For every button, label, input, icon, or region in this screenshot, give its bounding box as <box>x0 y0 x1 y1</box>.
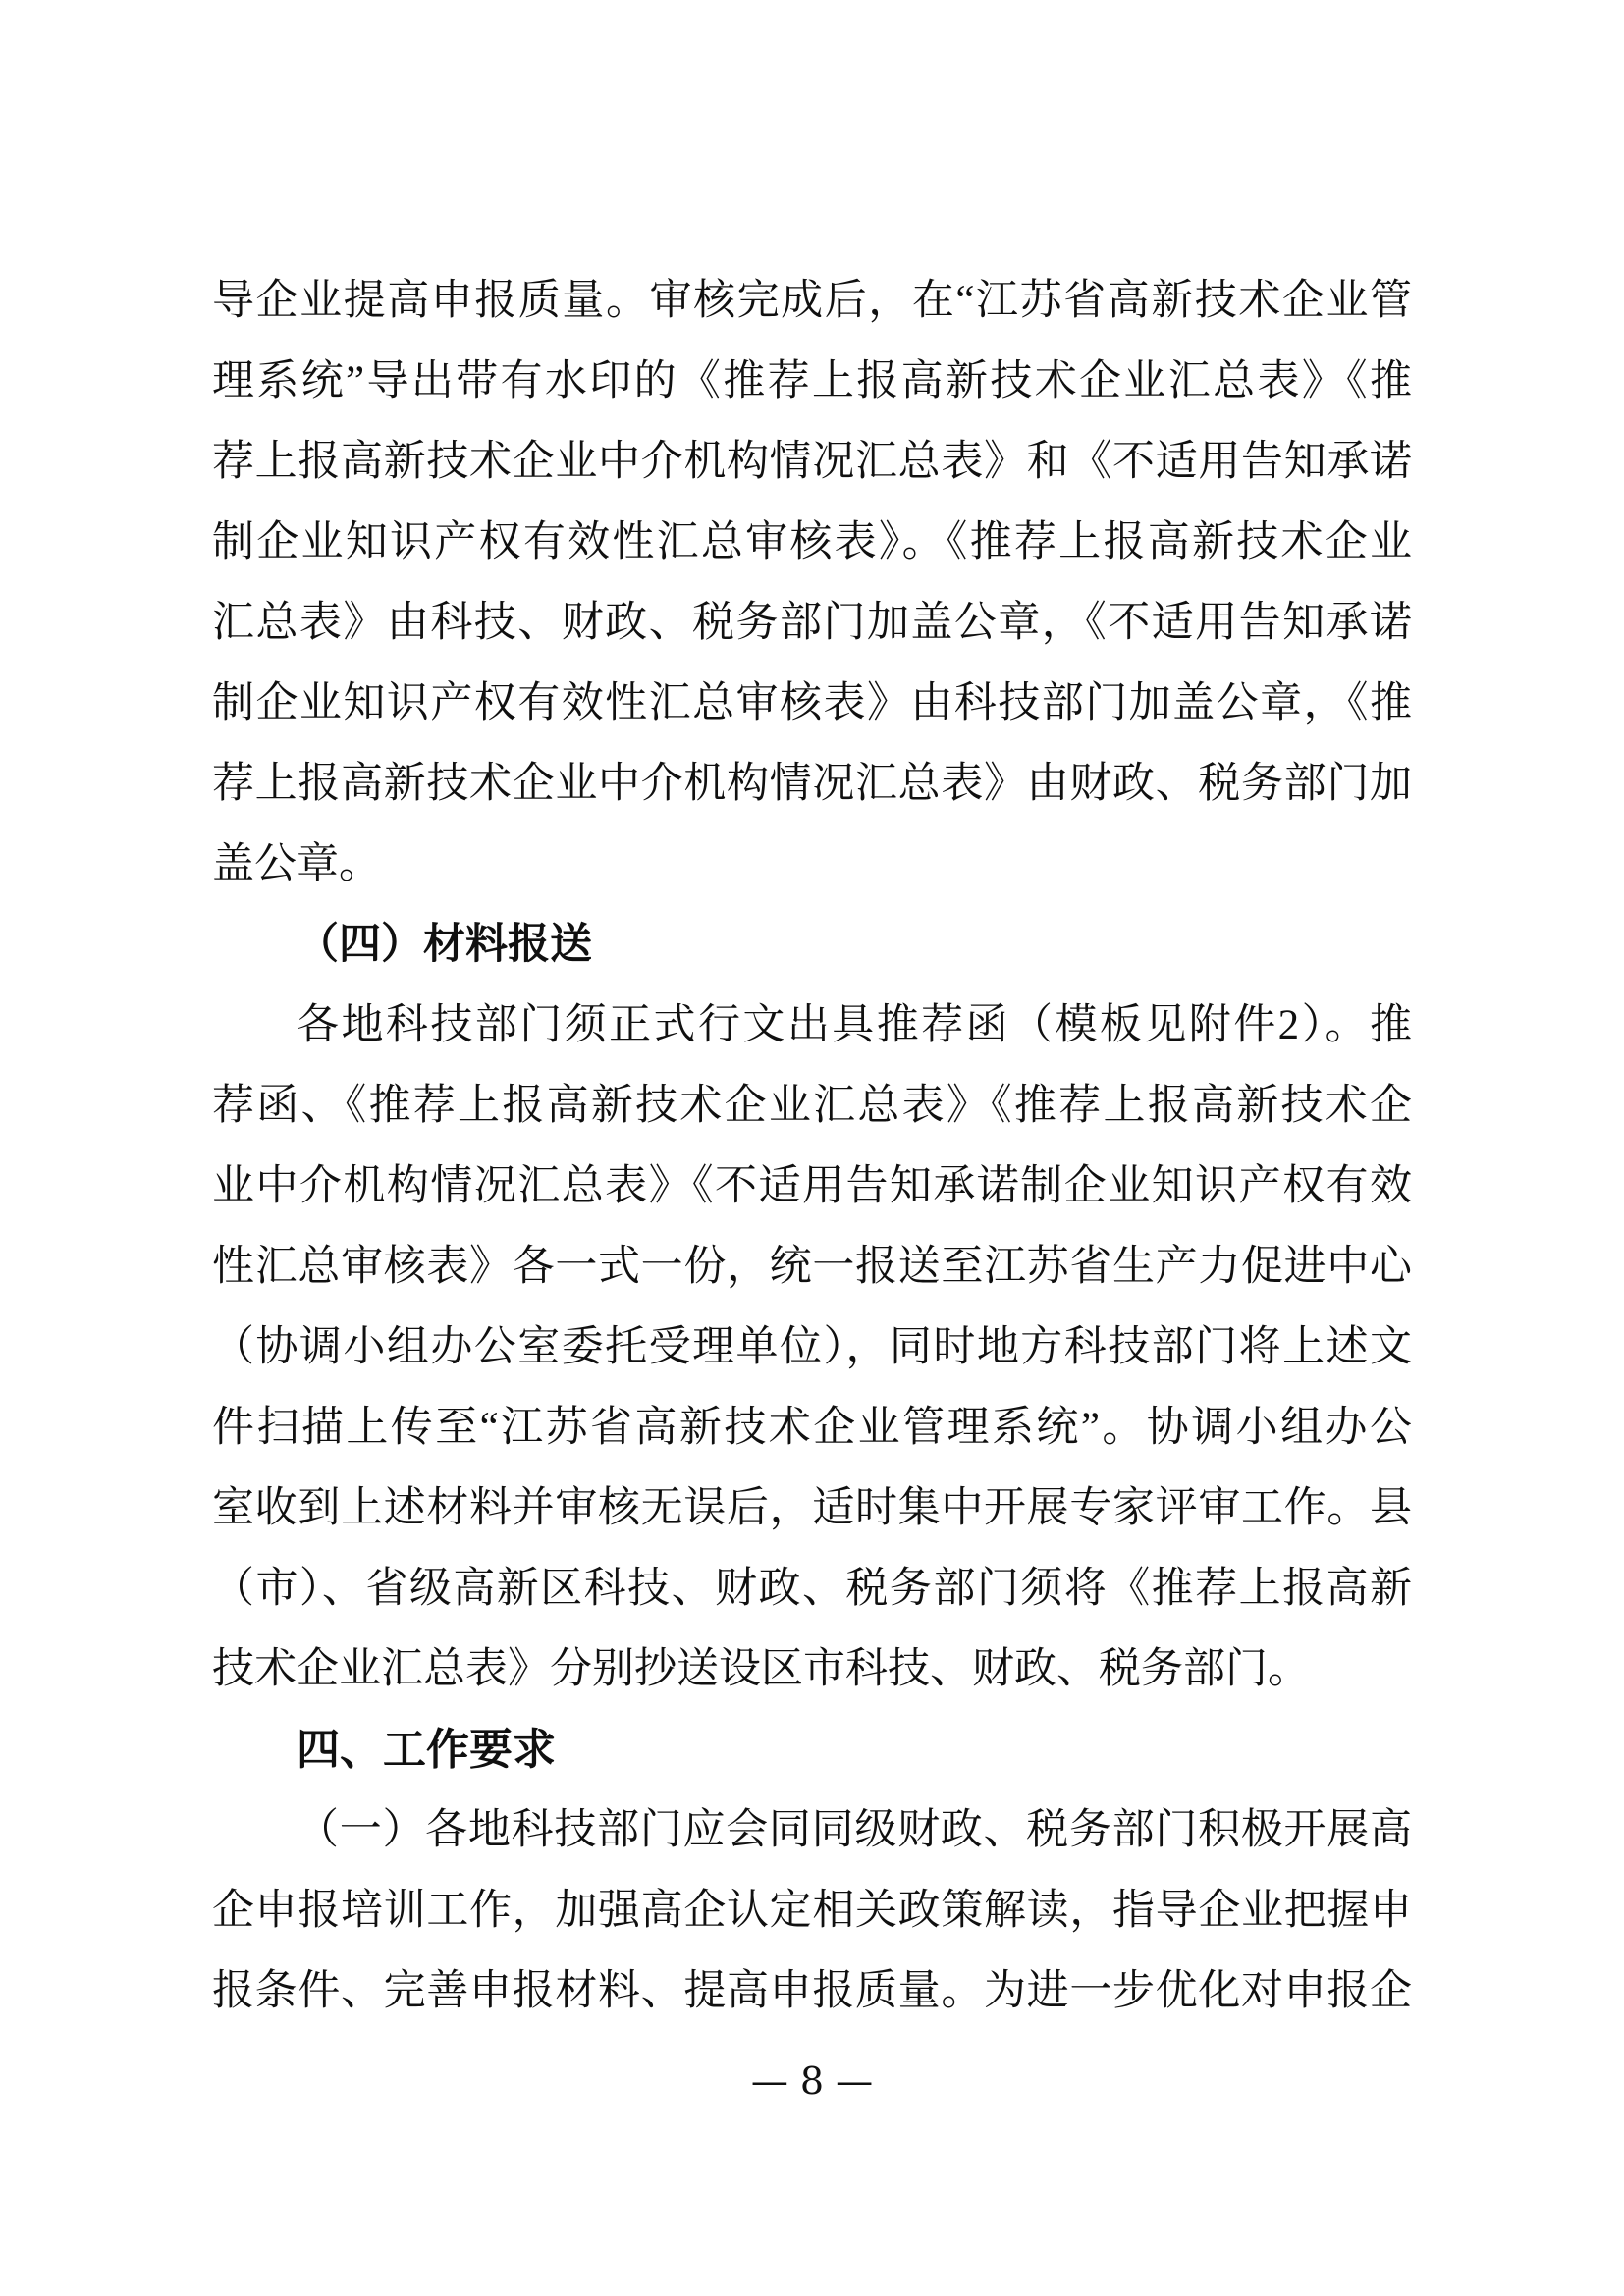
document-body: 导企业提高申报质量。审核完成后，在“江苏省高新技术企业管 理系统”导出带有水印的… <box>212 261 1412 2032</box>
text-line: 技术企业汇总表》分别抄送设区市科技、财政、税务部门。 <box>212 1629 1412 1710</box>
text-line: 报条件、完善申报材料、提高申报质量。为进一步优化对申报企 <box>212 1951 1412 2032</box>
text-line: 荐函、《推荐上报高新技术企业汇总表》《推荐上报高新技术企 <box>212 1066 1412 1147</box>
text-line: （一）各地科技部门应会同同级财政、税务部门积极开展高 <box>212 1790 1412 1871</box>
subsection-heading-material-submission: （四）材料报送 <box>212 905 1412 986</box>
text-line: 各地科技部门须正式行文出具推荐函（模板见附件2）。推 <box>212 986 1412 1066</box>
text-line: 业中介机构情况汇总表》《不适用告知承诺制企业知识产权有效 <box>212 1147 1412 1227</box>
text-line: 制企业知识产权有效性汇总审核表》。《推荐上报高新技术企业 <box>212 503 1412 583</box>
text-line: 荐上报高新技术企业中介机构情况汇总表》由财政、税务部门加 <box>212 744 1412 825</box>
text-line: 盖公章。 <box>212 825 1412 905</box>
text-line: 性汇总审核表》各一式一份，统一报送至江苏省生产力促进中心 <box>212 1227 1412 1308</box>
document-page: 导企业提高申报质量。审核完成后，在“江苏省高新技术企业管 理系统”导出带有水印的… <box>0 0 1624 2296</box>
page-number: — 8 — <box>0 2054 1624 2109</box>
text-line: 理系统”导出带有水印的《推荐上报高新技术企业汇总表》《推 <box>212 342 1412 422</box>
text-line: 企申报培训工作，加强高企认定相关政策解读，指导企业把握申 <box>212 1871 1412 1951</box>
section-heading-work-requirements: 四、工作要求 <box>212 1710 1412 1790</box>
text-line: （市）、省级高新区科技、财政、税务部门须将《推荐上报高新 <box>212 1549 1412 1629</box>
text-line: （协调小组办公室委托受理单位），同时地方科技部门将上述文 <box>212 1308 1412 1388</box>
text-line: 导企业提高申报质量。审核完成后，在“江苏省高新技术企业管 <box>212 261 1412 342</box>
text-line: 荐上报高新技术企业中介机构情况汇总表》和《不适用告知承诺 <box>212 422 1412 503</box>
text-line: 汇总表》由科技、财政、税务部门加盖公章，《不适用告知承诺 <box>212 583 1412 664</box>
text-line: 制企业知识产权有效性汇总审核表》由科技部门加盖公章，《推 <box>212 664 1412 744</box>
text-line: 件扫描上传至“江苏省高新技术企业管理系统”。协调小组办公 <box>212 1388 1412 1468</box>
text-line: 室收到上述材料并审核无误后，适时集中开展专家评审工作。县 <box>212 1468 1412 1549</box>
